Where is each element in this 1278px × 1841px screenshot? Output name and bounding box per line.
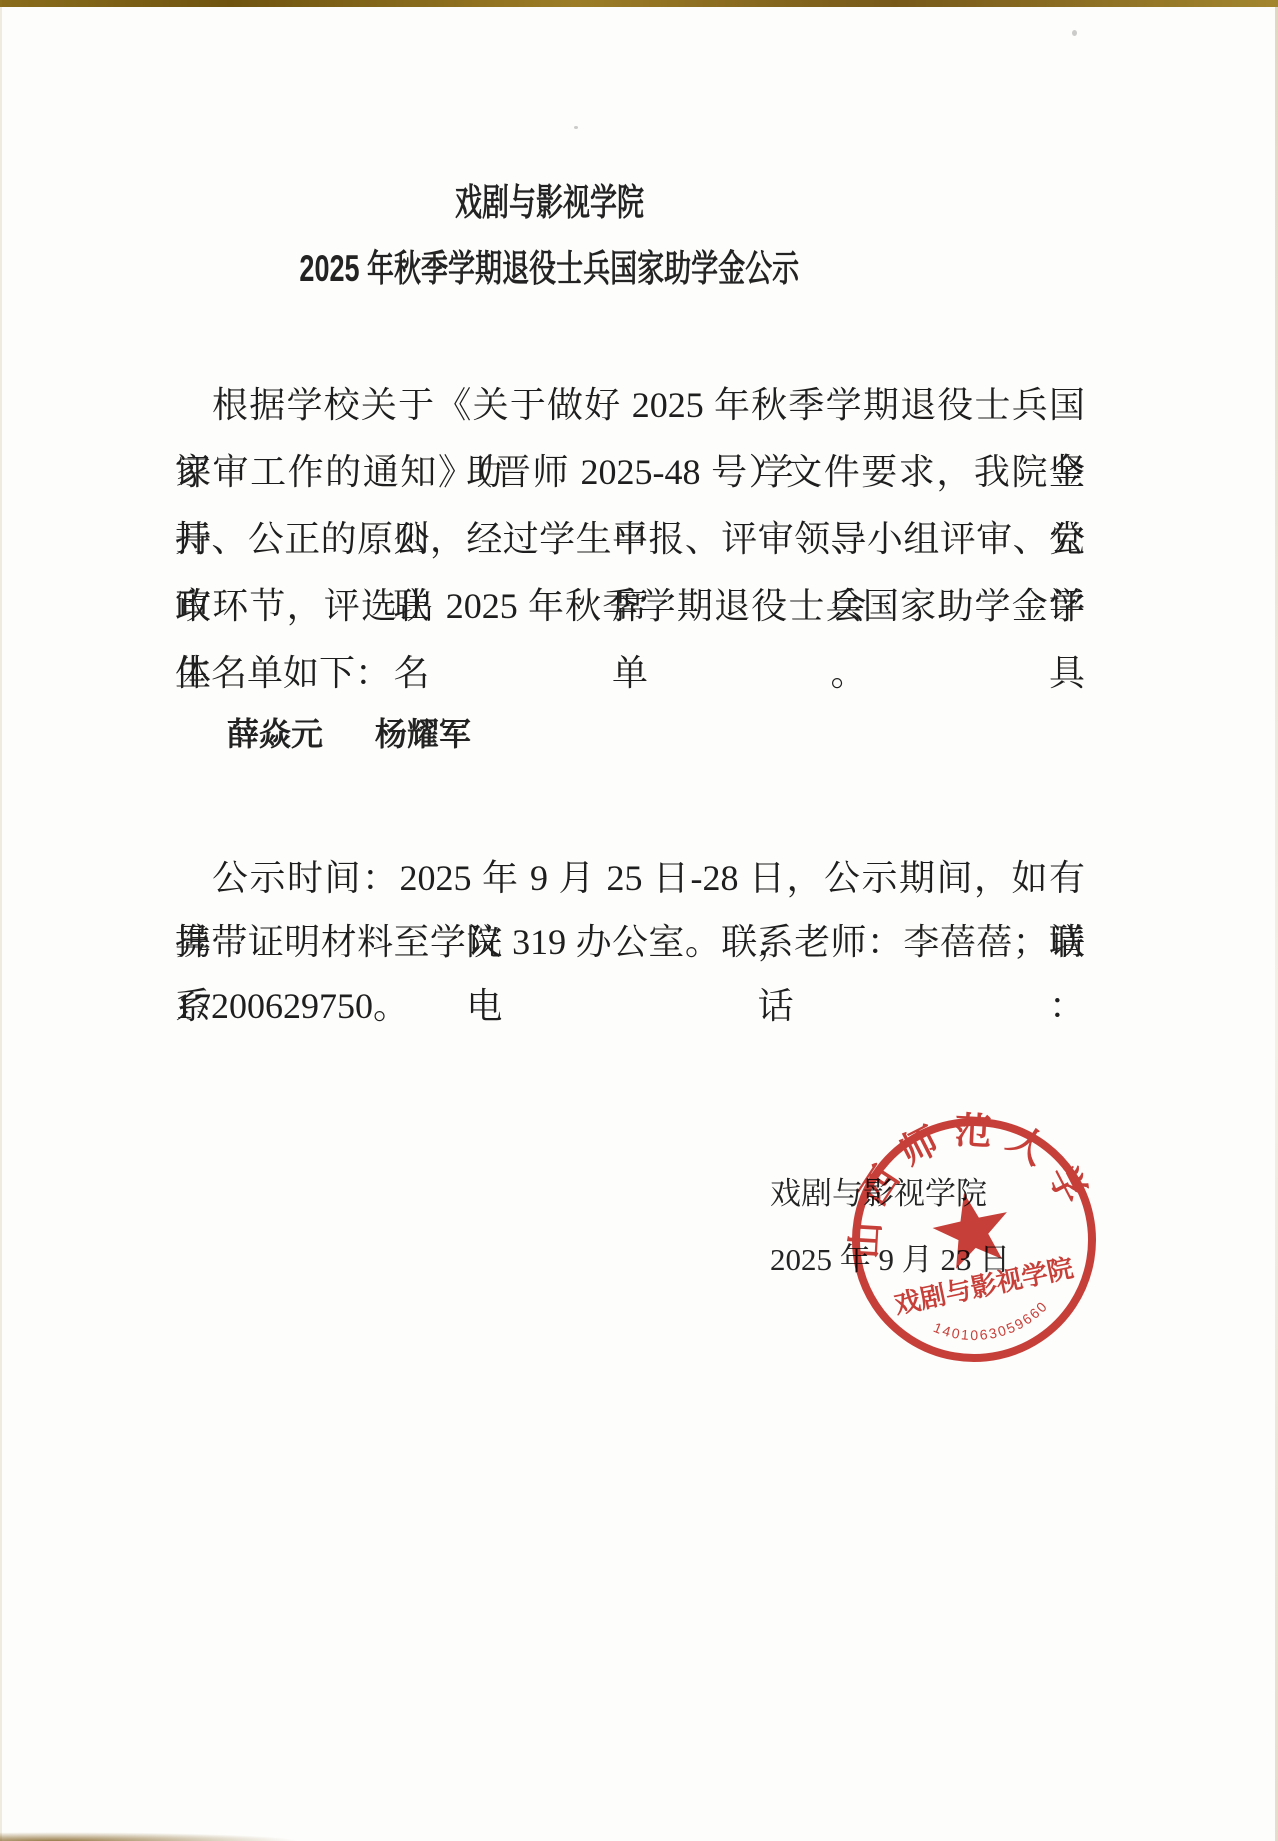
title-line-2-text: 2025 年秋季学期退役士兵国家助学金公示	[299, 244, 799, 294]
paragraph-line: 根据学校关于《关于做好 2025 年秋季学期退役士兵国家助学金	[175, 372, 1085, 439]
notice-paragraph: 根据学校关于《关于做好 2025 年秋季学期退役士兵国家助学金 评审工作的通知》…	[175, 372, 1085, 707]
official-seal: 山西师范大学 戏剧与影视学院 1401063059660	[844, 1110, 1104, 1370]
title-line-2: 2025 年秋季学期退役士兵国家助学金公示	[94, 244, 1004, 294]
recipient-names: 薛焱元 杨耀军	[175, 712, 1085, 756]
paragraph-line: 公示时间：2025 年 9 月 25 日-28 日，公示期间，如有异议，请	[175, 846, 1085, 910]
scanned-notice-page: 戏剧与影视学院 2025 年秋季学期退役士兵国家助学金公示 根据学校关于《关于做…	[0, 0, 1278, 1841]
scan-smudge-bottom-left	[0, 1832, 300, 1841]
paragraph-line: 开、公正的原则，经过学生申报、评审领导小组评审、党政联席会评	[175, 506, 1085, 573]
paragraph-line: 审环节，评选出 2025 年秋季学期退役士兵国家助学金学生名单。具	[175, 573, 1085, 640]
publicity-paragraph: 公示时间：2025 年 9 月 25 日-28 日，公示期间，如有异议，请 携带…	[175, 846, 1085, 1038]
recipient-name: 杨耀军	[375, 716, 471, 752]
paragraph-line: 评审工作的通知》（晋师 2025-48 号）文件要求，我院坚持公平、公	[175, 439, 1085, 506]
paragraph-line: 携带证明材料至学院 319 办公室。联系老师：李蓓蓓；联系电话：	[175, 910, 1085, 974]
scan-speck	[574, 126, 578, 129]
recipient-name: 薛焱元	[227, 716, 323, 752]
title-line-1-text: 戏剧与影视学院	[454, 178, 643, 228]
scan-speck	[1072, 30, 1077, 36]
scan-edge-top	[0, 0, 1278, 7]
title-line-1: 戏剧与影视学院	[94, 178, 1004, 228]
scan-edge-left	[0, 0, 2, 1841]
seal-star-icon	[927, 1185, 1016, 1272]
